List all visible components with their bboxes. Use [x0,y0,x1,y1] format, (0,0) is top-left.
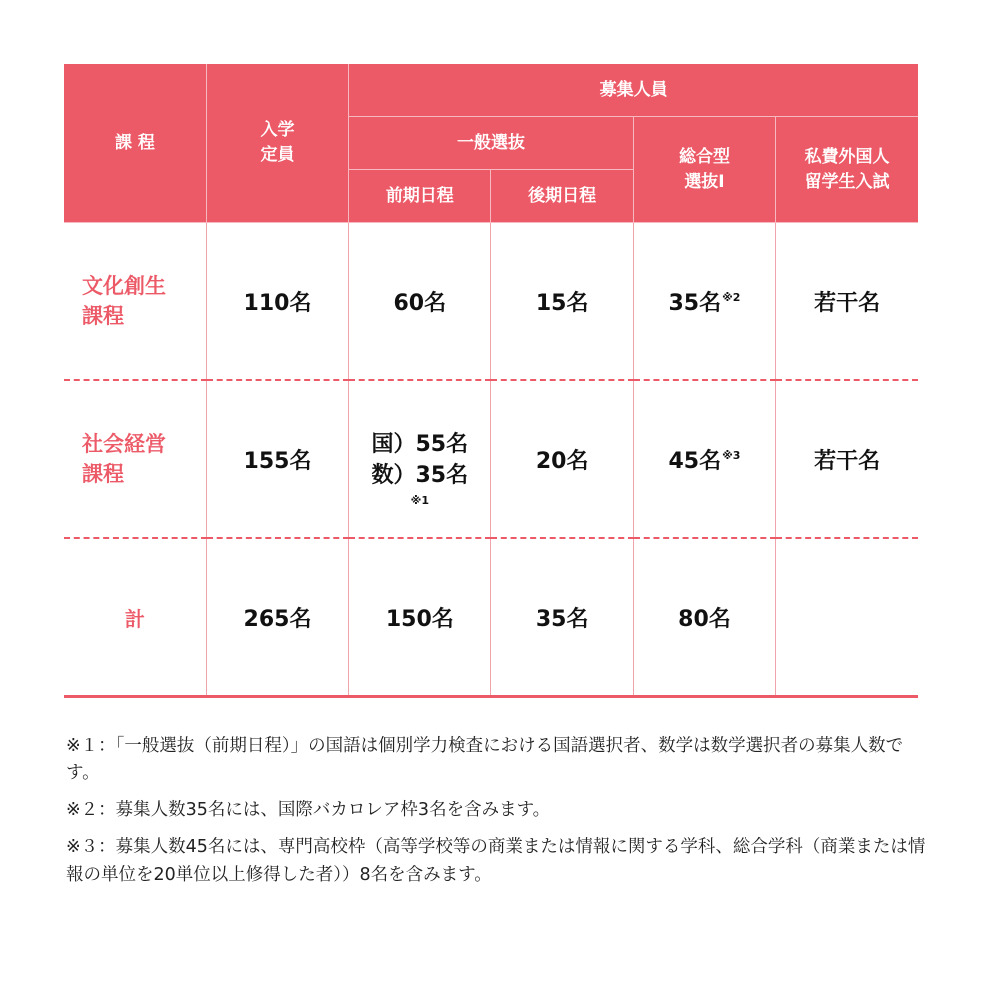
header-late-schedule-label: 後期日程 [528,186,596,206]
footnote-marker: ※2 [722,291,740,304]
course-cell: 文化創生 課程 [64,223,206,381]
capacity-value: 155名 [244,449,312,474]
late-cell: 20名 [491,380,633,538]
header-capacity-label: 入学 定員 [260,120,294,165]
total-row: 計 265名 150名 35名 80名 [64,538,918,697]
total-early-value: 150名 [386,607,454,632]
late-value: 15名 [536,291,589,316]
comprehensive-cell: 35名※2 [633,223,775,381]
early-value: 国）55名 数）35名 [349,429,490,493]
course-cell: 社会経営 課程 [64,380,206,538]
header-early-schedule: 前期日程 [349,170,491,223]
capacity-value: 110名 [244,291,312,316]
footnote-marker: ※1 [349,494,490,507]
late-cell: 35名 [491,538,633,697]
header-general-selection-label: 一般選抜 [457,133,525,153]
total-label: 計 [125,607,145,631]
total-capacity-value: 265名 [244,607,312,632]
course-name: 文化創生 課程 [82,274,166,328]
comprehensive-cell: 45名※3 [633,380,775,538]
early-cell: 60名 [349,223,491,381]
header-early-schedule-label: 前期日程 [386,186,454,206]
table-row: 文化創生 課程 110名 60名 15名 35名※2 若干名 [64,223,918,381]
international-value: 若干名 [814,449,880,474]
header-course: 課 程 [64,64,206,223]
header-recruitment-label: 募集人員 [600,80,668,100]
international-cell [776,538,918,697]
early-cell: 国）55名 数）35名 ※1 [349,380,491,538]
comprehensive-value: 45名 [668,449,721,474]
header-recruitment: 募集人員 [349,64,918,117]
total-label-cell: 計 [64,538,206,697]
late-value: 20名 [536,449,589,474]
footnote-3: ※３：募集人数45名には、専門高校枠（高等学校等の商業または情報に関する学科、総… [66,834,926,888]
header-general-selection: 一般選抜 [349,117,634,170]
capacity-cell: 110名 [206,223,348,381]
comprehensive-value: 35名 [668,291,721,316]
comprehensive-cell: 80名 [633,538,775,697]
table-row: 社会経営 課程 155名 国）55名 数）35名 ※1 20名 45名※3 若干… [64,380,918,538]
course-name: 社会経営 課程 [82,432,166,486]
total-comprehensive-value: 80名 [678,607,731,632]
header-international-label: 私費外国人 留学生入試 [805,147,890,192]
header-comprehensive: 総合型 選抜Ⅰ [633,117,775,223]
header-late-schedule: 後期日程 [491,170,633,223]
header-comprehensive-label: 総合型 選抜Ⅰ [679,147,730,192]
header-capacity: 入学 定員 [206,64,348,223]
admissions-quota-table: 課 程 入学 定員 募集人員 一般選抜 総合型 選抜Ⅰ 私費外国人 留学生入試 [64,64,918,698]
footnote-1: ※１：「一般選抜（前期日程）」の国語は個別学力検査における国語選択者、数学は数学… [66,733,926,787]
international-cell: 若干名 [776,223,918,381]
footnotes: ※１：「一般選抜（前期日程）」の国語は個別学力検査における国語選択者、数学は数学… [66,733,926,899]
admissions-table-container: 課 程 入学 定員 募集人員 一般選抜 総合型 選抜Ⅰ 私費外国人 留学生入試 [64,64,918,698]
footnote-marker: ※3 [722,449,740,462]
header-course-label: 課 程 [115,133,155,153]
late-cell: 15名 [491,223,633,381]
early-cell: 150名 [349,538,491,697]
header-international: 私費外国人 留学生入試 [776,117,918,223]
early-value: 60名 [394,291,447,316]
total-late-value: 35名 [536,607,589,632]
footnote-2: ※２：募集人数35名には、国際バカロレア枠3名を含みます。 [66,797,926,824]
capacity-cell: 155名 [206,380,348,538]
international-cell: 若干名 [776,380,918,538]
capacity-cell: 265名 [206,538,348,697]
international-value: 若干名 [814,291,880,316]
